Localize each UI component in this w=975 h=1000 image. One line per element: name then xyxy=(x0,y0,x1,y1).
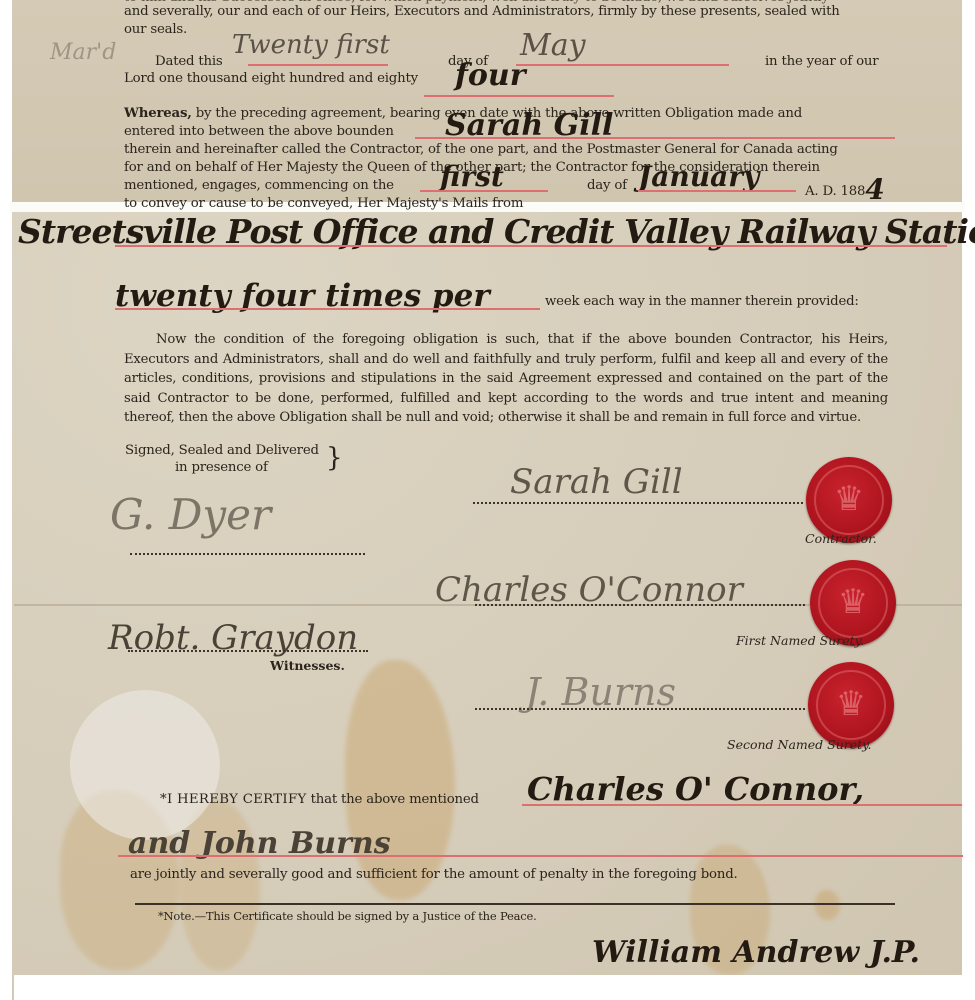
certify-text1: that the above mentioned xyxy=(311,792,479,807)
certificate-line2: are jointly and severally good and suffi… xyxy=(130,865,738,884)
ad-label: A. D. 1884 xyxy=(805,176,885,201)
year-of-our: in the year of our xyxy=(765,52,878,71)
month-fill-line xyxy=(516,64,729,66)
contractor-signature: Sarah Gill xyxy=(510,462,683,502)
frequency-fill-line xyxy=(115,308,540,310)
handwritten-start-month: January xyxy=(638,160,759,193)
paper-pale-patch xyxy=(70,690,220,840)
witness2-line xyxy=(128,650,368,652)
top-text-line2: our seals. xyxy=(124,20,187,39)
signed-sealed-line2: in presence of xyxy=(175,458,268,477)
year-fill-line xyxy=(424,95,614,97)
whereas-line2: entered into between the above bounden xyxy=(124,122,394,141)
surety1-label: First Named Surety. xyxy=(736,633,864,648)
contractor-label: Contractor. xyxy=(805,531,877,546)
crown-icon: ♛ xyxy=(810,582,896,622)
frequency-suffix: week each way in the manner therein prov… xyxy=(545,292,859,311)
route-fill-line xyxy=(115,245,947,247)
margin-pencil-note: Mar'd xyxy=(50,40,116,65)
certificate-note: *Note.—This Certificate should be signed… xyxy=(158,907,537,926)
ad-year-prefix: A. D. 188 xyxy=(805,184,865,199)
whereas-line6: to convey or cause to be conveyed, Her M… xyxy=(124,194,523,213)
justice-signature: William Andrew J.P. xyxy=(592,935,920,970)
handwritten-start-day: first xyxy=(440,160,504,193)
witness2-signature: Robt. Graydon xyxy=(108,618,358,658)
start-day-of: day of xyxy=(587,176,627,195)
page-bottom-margin xyxy=(14,975,964,1000)
witness1-line xyxy=(130,553,365,555)
certify-lead: *I HEREBY CERTIFY xyxy=(160,792,307,807)
start-month-fill-line xyxy=(638,190,796,192)
handwritten-day: Twenty first xyxy=(232,30,390,60)
witness1-signature: G. Dyer xyxy=(110,490,271,539)
note-divider xyxy=(135,903,895,905)
certify-fill-line2 xyxy=(118,855,963,857)
crown-icon: ♛ xyxy=(806,479,892,519)
top-text-line1: and severally, our and each of our Heirs… xyxy=(124,2,840,21)
whereas-line3: therein and hereinafter called the Contr… xyxy=(124,140,838,159)
wax-seal-surety2: ♛ xyxy=(808,662,894,748)
certificate-line1: *I HEREBY CERTIFY that the above mention… xyxy=(160,790,479,809)
surety2-label: Second Named Surety. xyxy=(727,737,872,752)
brace: } xyxy=(326,438,342,478)
condition-paragraph: Now the condition of the foregoing oblig… xyxy=(124,330,888,428)
handwritten-year: four xyxy=(455,58,526,93)
handwritten-surety-names-1: Charles O' Connor, xyxy=(527,770,864,808)
handwritten-month: May xyxy=(520,28,586,63)
day-fill-line xyxy=(248,64,388,66)
certify-fill-line1 xyxy=(522,804,962,806)
whereas-line5: mentioned, engages, commencing on the xyxy=(124,176,394,195)
contractor-fill-line xyxy=(415,137,895,139)
water-stain xyxy=(815,890,840,920)
whereas-lead: Whereas, xyxy=(124,106,192,121)
handwritten-ad-digit: 4 xyxy=(865,173,884,206)
contractor-sign-line xyxy=(473,502,803,504)
surety2-sign-line xyxy=(475,708,805,710)
surety1-sign-line xyxy=(475,604,805,606)
witnesses-label: Witnesses. xyxy=(270,658,345,673)
crown-icon: ♛ xyxy=(808,684,894,724)
lord-line: Lord one thousand eight hundred and eigh… xyxy=(124,69,418,88)
start-day-fill-line xyxy=(420,190,548,192)
